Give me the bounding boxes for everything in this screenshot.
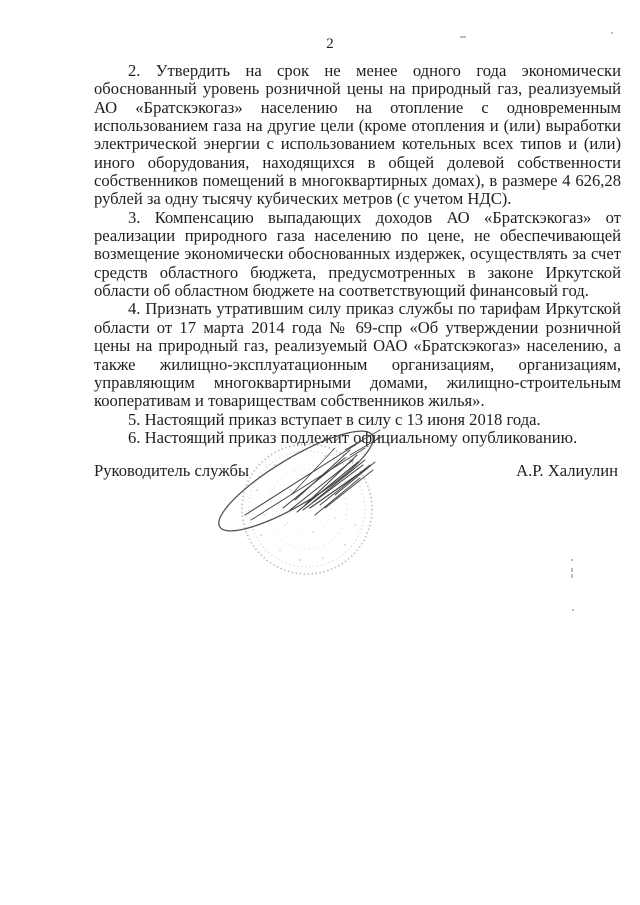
scan-speck [571,559,573,561]
paragraph-item-4: 4. Признать утратившим силу приказ служб… [94,300,621,410]
scan-speck [571,574,573,578]
signature-scribble [208,420,384,547]
signatory-name: А.Р. Халиулин [516,461,618,481]
official-stamp-icon [242,444,372,574]
scan-speck [572,609,574,611]
scan-speck [611,32,613,34]
scan-speck [460,36,466,38]
page-number: 2 [20,36,640,53]
scan-speck [571,568,573,572]
paragraph-item-3: 3. Компенсацию выпадающих доходов АО «Бр… [94,209,621,301]
paragraph-item-2: 2. Утвердить на срок не менее одного год… [94,62,621,209]
document-body: 2. Утвердить на срок не менее одного год… [94,62,621,447]
stamp-and-signature [195,420,465,610]
document-page: 2 2. Утвердить на срок не менее одного г… [0,0,640,905]
